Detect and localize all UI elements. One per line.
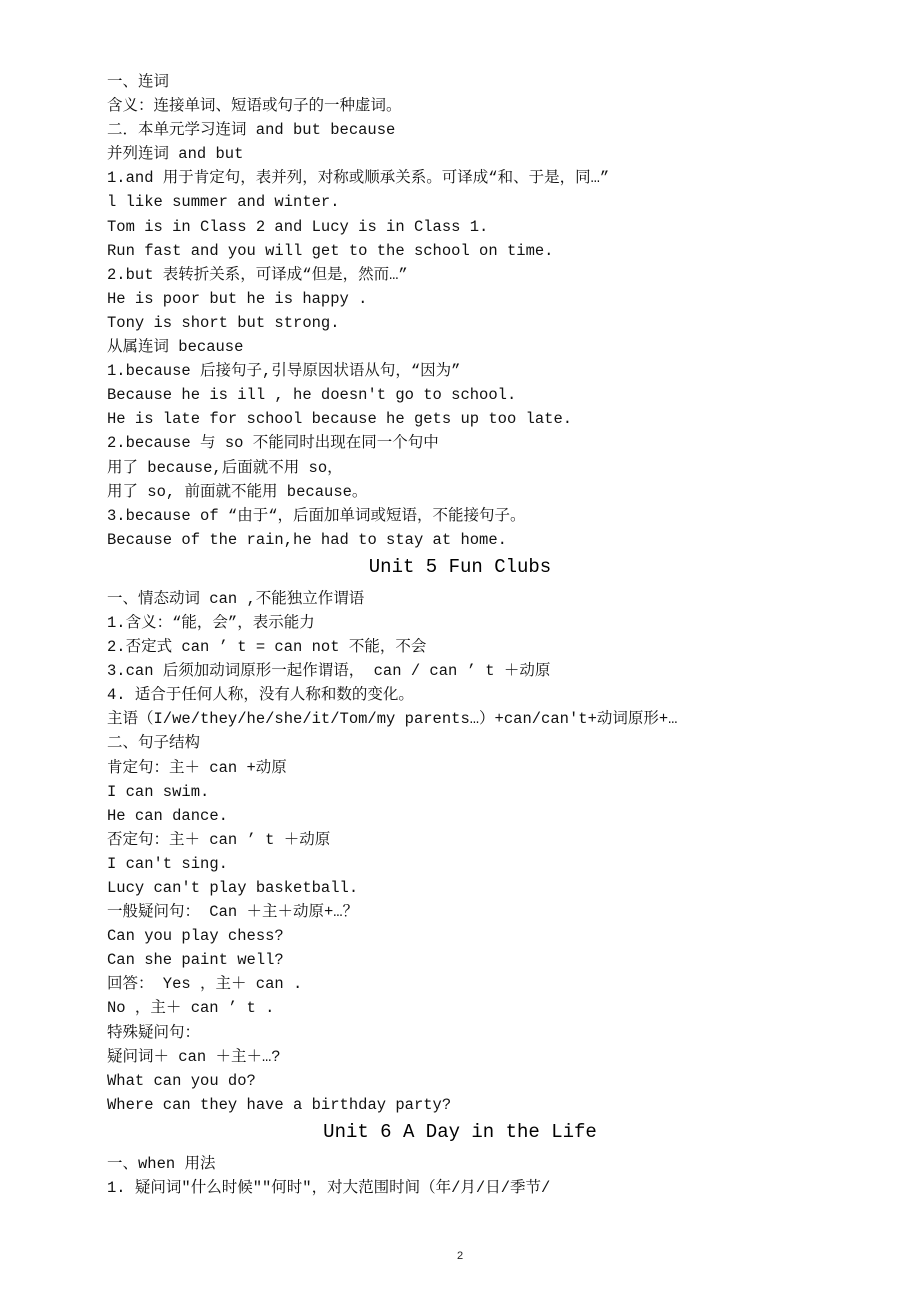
- example-sentence: I can't sing.: [107, 852, 817, 876]
- text-line: 1.and 用于肯定句，表并列，对称或顺承关系。可译成“和、于是，同…”: [107, 166, 817, 190]
- text-line: 2.but 表转折关系，可译成“但是，然而…”: [107, 263, 817, 287]
- example-sentence: l like summer and winter.: [107, 190, 817, 214]
- text-line: 3.because of “由于“，后面加单词或短语，不能接句子。: [107, 504, 817, 528]
- text-line: 用了 so, 前面就不能用 because。: [107, 480, 817, 504]
- text-line: 1.because 后接句子,引导原因状语从句，“因为”: [107, 359, 817, 383]
- example-sentence: Can you play chess?: [107, 924, 817, 948]
- text-line: 含义：连接单词、短语或句子的一种虚词。: [107, 94, 817, 118]
- text-line: 2.because 与 so 不能同时出现在同一个句中: [107, 431, 817, 455]
- example-sentence: He can dance.: [107, 804, 817, 828]
- text-line: 2.否定式 can ’ t = can not 不能，不会: [107, 635, 817, 659]
- example-sentence: Tom is in Class 2 and Lucy is in Class 1…: [107, 215, 817, 239]
- example-sentence: He is late for school because he gets up…: [107, 407, 817, 431]
- document-page: 一、连词 含义：连接单词、短语或句子的一种虚词。 二．本单元学习连词 and b…: [0, 0, 920, 1302]
- text-line: 二．本单元学习连词 and but because: [107, 118, 817, 142]
- section-conjunctions: 一、连词 含义：连接单词、短语或句子的一种虚词。 二．本单元学习连词 and b…: [107, 70, 817, 552]
- unit6-heading: Unit 6 A Day in the Life: [107, 1120, 813, 1144]
- text-line: 1.含义：“能，会”，表示能力: [107, 611, 817, 635]
- example-sentence: Because of the rain,he had to stay at ho…: [107, 528, 817, 552]
- section-unit5: 一、情态动词 can ,不能独立作谓语 1.含义：“能，会”，表示能力 2.否定…: [107, 587, 817, 1117]
- text-line: 否定句：主＋ can ’ t ＋动原: [107, 828, 817, 852]
- example-sentence: Run fast and you will get to the school …: [107, 239, 817, 263]
- example-sentence: What can you do?: [107, 1069, 817, 1093]
- page-content: 一、连词 含义：连接单词、短语或句子的一种虚词。 二．本单元学习连词 and b…: [107, 70, 817, 1200]
- example-sentence: Lucy can't play basketball.: [107, 876, 817, 900]
- example-sentence: Because he is ill , he doesn't go to sch…: [107, 383, 817, 407]
- text-line: 一、when 用法: [107, 1152, 817, 1176]
- text-line: 1. 疑问词"什么时候""何时"，对大范围时间（年/月/日/季节/: [107, 1176, 817, 1200]
- text-line: 从属连词 because: [107, 335, 817, 359]
- unit5-heading: Unit 5 Fun Clubs: [107, 555, 813, 579]
- text-line: 并列连词 and but: [107, 142, 817, 166]
- text-line: 用了 because,后面就不用 so，: [107, 456, 817, 480]
- text-line: 二、句子结构: [107, 731, 817, 755]
- text-line: 4. 适合于任何人称，没有人称和数的变化。: [107, 683, 817, 707]
- text-line: 肯定句：主＋ can +动原: [107, 756, 817, 780]
- text-line: 主语（I/we/they/he/she/it/Tom/my parents…）+…: [107, 707, 817, 731]
- example-sentence: Where can they have a birthday party?: [107, 1093, 817, 1117]
- text-line: 一、情态动词 can ,不能独立作谓语: [107, 587, 817, 611]
- text-line: 一般疑问句： Can ＋主＋动原+…？: [107, 900, 817, 924]
- example-sentence: I can swim.: [107, 780, 817, 804]
- text-line: 3.can 后须加动词原形一起作谓语， can / can ’ t ＋动原: [107, 659, 817, 683]
- example-sentence: Can she paint well?: [107, 948, 817, 972]
- text-line: 疑问词＋ can ＋主＋…?: [107, 1045, 817, 1069]
- example-sentence: He is poor but he is happy .: [107, 287, 817, 311]
- text-line: 特殊疑问句：: [107, 1021, 817, 1045]
- example-sentence: Tony is short but strong.: [107, 311, 817, 335]
- page-number: 2: [0, 1250, 920, 1262]
- text-line: 一、连词: [107, 70, 817, 94]
- text-line: 回答： Yes ，主＋ can .: [107, 972, 817, 996]
- section-unit6: 一、when 用法 1. 疑问词"什么时候""何时"，对大范围时间（年/月/日/…: [107, 1152, 817, 1200]
- text-line: No ，主＋ can ’ t .: [107, 996, 817, 1020]
